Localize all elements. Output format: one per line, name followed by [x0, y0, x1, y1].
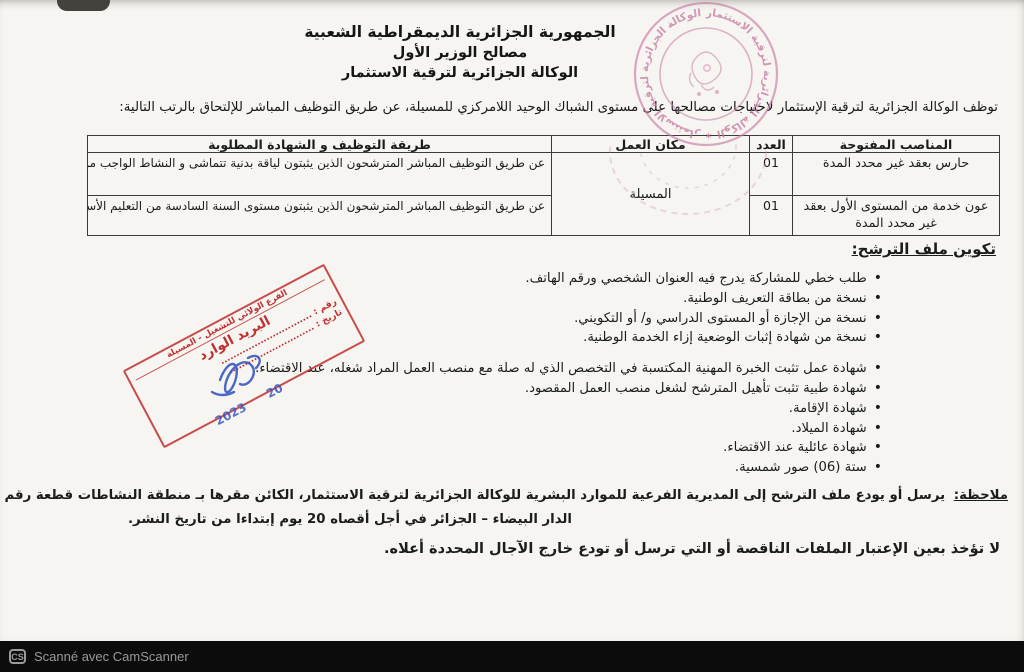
header-services: مصالح الوزير الأول — [0, 43, 920, 63]
binder-clip — [57, 0, 110, 11]
col-header-positions: المناصب المفتوحة — [793, 136, 1000, 153]
location-cell: المسيلة — [552, 153, 750, 236]
vacancies-table: المناصب المفتوحة العدد مكان العمل طريقة … — [87, 135, 1000, 236]
count-cell: 01 — [750, 196, 793, 236]
note-text-line2: الدار البيضاء – الجزائر في أجل أقصاه 20 … — [128, 512, 572, 527]
scanned-document-page: الجمهورية الجزائرية الديمقراطية الشعبية … — [0, 0, 1024, 641]
dossier-item: شهادة الميلاد. — [262, 419, 882, 439]
table-header-row: المناصب المفتوحة العدد مكان العمل طريقة … — [88, 136, 1000, 153]
col-header-method: طريقة التوظيف و الشهادة المطلوبة — [88, 136, 552, 153]
document-header: الجمهورية الجزائرية الديمقراطية الشعبية … — [0, 22, 920, 83]
note-label: ملاحظة: — [954, 488, 1008, 503]
note-paragraph: ملاحظة: يرسل أو يودع ملف الترشح إلى المد… — [0, 488, 1008, 503]
dossier-item: شهادة عائلية عند الاقتضاء. — [262, 438, 882, 458]
count-cell: 01 — [750, 153, 793, 196]
dossier-list: طلب خطي للمشاركة يدرج فيه العنوان الشخصي… — [262, 269, 882, 478]
dossier-item: شهادة طبية تثبت تأهيل المترشح لشغل منصب … — [262, 379, 882, 399]
dossier-item: طلب خطي للمشاركة يدرج فيه العنوان الشخصي… — [262, 269, 882, 289]
dossier-item: شهادة عمل تثبت الخبرة المهنية المكتسبة ف… — [262, 359, 882, 379]
position-cell: حارس بعقد غير محدد المدة — [793, 153, 1000, 196]
camscanner-watermark-text: Scanné avec CamScanner — [34, 649, 189, 664]
position-cell: عون خدمة من المستوى الأول بعقد غير محدد … — [793, 196, 1000, 236]
table-row: عون خدمة من المستوى الأول بعقد غير محدد … — [88, 196, 1000, 236]
intro-paragraph: توظف الوكالة الجزائرية لترقية الإستثمار … — [16, 100, 998, 115]
dossier-item: نسخة من الإجازة أو المستوى الدراسي و/ أو… — [262, 309, 882, 329]
dossier-section-title: تكوين ملف الترشح: — [852, 240, 996, 258]
dossier-item: نسخة من بطاقة التعريف الوطنية. — [262, 289, 882, 309]
header-republic: الجمهورية الجزائرية الديمقراطية الشعبية — [0, 22, 920, 43]
note-text-line1: يرسل أو يودع ملف الترشح إلى المديرية الف… — [0, 488, 945, 503]
dossier-item: ستة (06) صور شمسية. — [262, 458, 882, 478]
method-cell: عن طريق التوظيف المباشر المترشحون الذين … — [88, 153, 552, 196]
camscanner-badge-icon: CS — [9, 649, 26, 664]
ink-date-year: 2023 — [213, 400, 249, 428]
col-header-count: العدد — [750, 136, 793, 153]
warning-line: لا تؤخذ بعين الإعتبار الملفات الناقصة أو… — [384, 541, 1000, 557]
header-agency: الوكالة الجزائرية لترقية الاستثمار — [0, 63, 920, 83]
col-header-location: مكان العمل — [552, 136, 750, 153]
dossier-item: نسخة من شهادة إثبات الوضعية إزاء الخدمة … — [262, 328, 882, 348]
table-row: حارس بعقد غير محدد المدة 01 المسيلة عن ط… — [88, 153, 1000, 196]
dossier-item: شهادة الإقامة. — [262, 399, 882, 419]
method-cell: عن طريق التوظيف المباشر المترشحون الذين … — [88, 196, 552, 236]
camscanner-footer-bar: CS Scanné avec CamScanner — [0, 641, 1024, 672]
